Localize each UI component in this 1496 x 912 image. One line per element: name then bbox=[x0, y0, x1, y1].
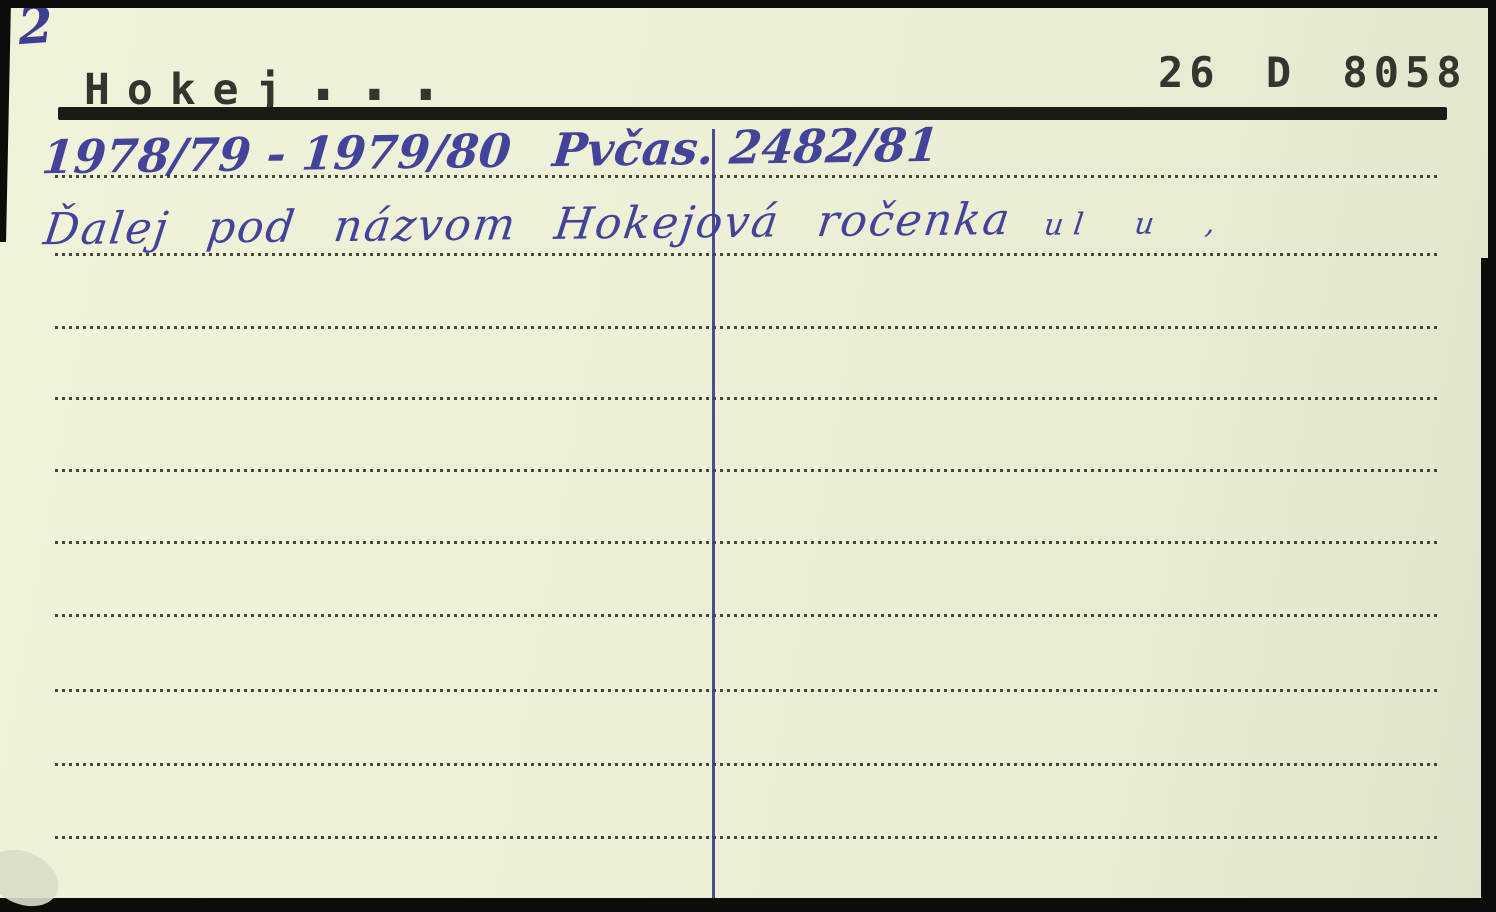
title-ellipsis: ... bbox=[304, 42, 458, 115]
vertical-divider-line bbox=[712, 129, 715, 912]
handwritten-line-reference: Ďalej pod názvom Hokejová ročenka ul u , bbox=[41, 192, 1230, 255]
dotted-rule-line bbox=[55, 836, 1441, 839]
header-rule-line bbox=[58, 107, 1447, 120]
catalog-card: 2 Hokej... 26 D 8058 1978/79 - 1979/80 P… bbox=[0, 0, 1496, 912]
handwritten-trailing-marks: ul u , bbox=[1042, 192, 1229, 243]
scan-edge-top bbox=[0, 0, 1496, 8]
dotted-rule-line bbox=[55, 326, 1441, 329]
dotted-rule-line bbox=[55, 763, 1441, 766]
scan-edge-right-lower bbox=[1481, 258, 1496, 912]
dotted-rule-line bbox=[55, 541, 1441, 544]
handwritten-reference-text: Ďalej pod názvom Hokejová ročenka bbox=[41, 194, 1015, 255]
corner-number: 2 bbox=[16, 0, 55, 56]
call-number: 26 D 8058 bbox=[1158, 48, 1468, 97]
scan-edge-right bbox=[1488, 0, 1496, 262]
dotted-rule-line bbox=[55, 689, 1441, 692]
dotted-rule-line bbox=[55, 614, 1441, 617]
scan-edge-left bbox=[0, 0, 11, 242]
scan-edge-bottom bbox=[0, 898, 1496, 912]
dotted-rule-line bbox=[55, 175, 1441, 178]
dotted-rule-line bbox=[55, 469, 1441, 472]
handwritten-accession-note: Pvčas. 2482/81 bbox=[550, 118, 941, 177]
dotted-rule-line bbox=[55, 397, 1441, 400]
dotted-rule-line bbox=[55, 253, 1441, 256]
